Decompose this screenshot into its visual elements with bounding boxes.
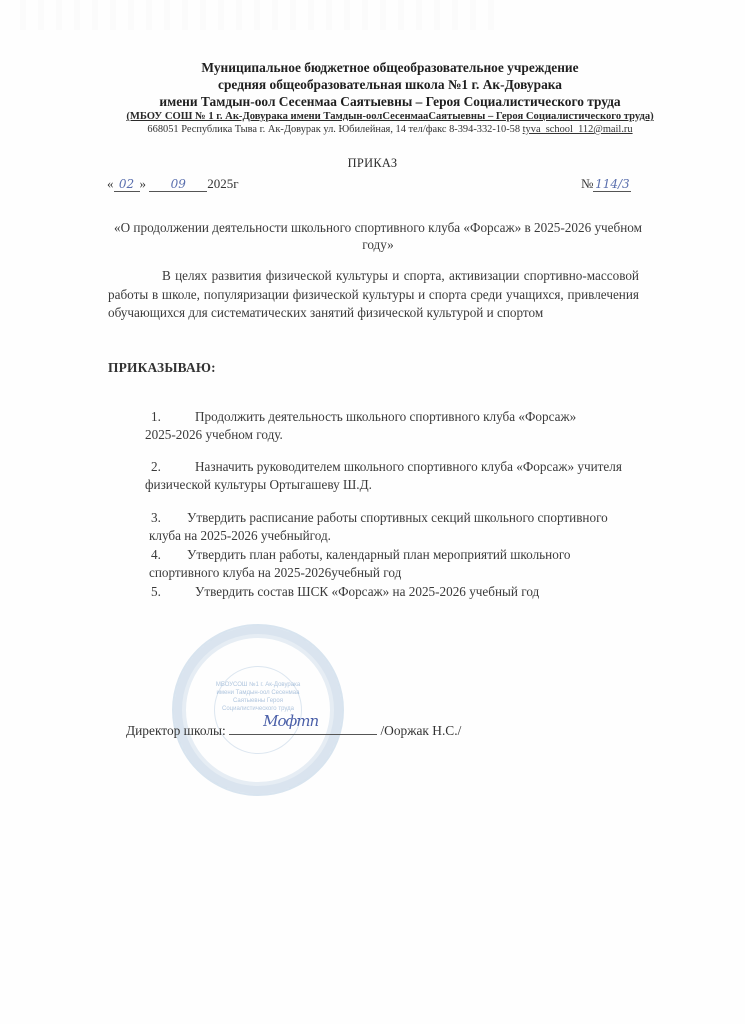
org-address: 668051 Республика Тыва г. Ак-Довурак ул.…	[100, 124, 680, 135]
official-stamp: МБОУСОШ №1 г. Ак-Довурака имени Тамдын-о…	[172, 624, 344, 796]
item-text: Утвердить расписание работы спортивных с…	[187, 510, 608, 525]
org-name-line2: средняя общеобразовательная школа №1 г. …	[100, 77, 680, 93]
date-day: 02	[114, 177, 140, 192]
order-directive-heading: ПРИКАЗЫВАЮ:	[108, 360, 216, 376]
handwritten-signature: Moфmn	[263, 712, 318, 730]
item-number: 5.	[151, 583, 195, 601]
order-item-3: 3.Утвердить расписание работы спортивных…	[151, 509, 691, 545]
signature-line: Moфmn	[229, 720, 377, 735]
item-text: Утвердить план работы, календарный план …	[187, 547, 571, 562]
signatory-name: /Ооржак Н.С./	[377, 723, 461, 738]
item-text: Утвердить состав ШСК «Форсаж» на 2025-20…	[195, 584, 539, 599]
item-text: Назначить руководителем школьного спорти…	[195, 459, 622, 474]
order-item-4: 4.Утвердить план работы, календарный пла…	[151, 546, 691, 582]
signature-block: Директор школы: Moфmn /Ооржак Н.С./	[126, 720, 461, 739]
item-number: 2.	[151, 458, 195, 476]
order-number: №114/3	[581, 176, 631, 192]
org-name-line1: Муниципальное бюджетное общеобразователь…	[100, 60, 680, 76]
order-item-1: 1.Продолжить деятельность школьного спор…	[151, 408, 691, 444]
item-number: 3.	[151, 509, 187, 527]
date-month: 09	[149, 177, 207, 192]
item-continuation: 2025-2026 учебном году.	[145, 427, 283, 442]
signatory-role: Директор школы:	[126, 723, 229, 738]
email-link[interactable]: tyva_school_112@mail.ru	[523, 124, 633, 135]
org-short-name: (МБОУ СОШ № 1 г. Ак-Довурака имени Тамды…	[100, 111, 680, 122]
order-title: ПРИКАЗ	[0, 156, 745, 171]
date-year: 2025г	[207, 176, 238, 191]
item-continuation: клуба на 2025-2026 учебныйгод.	[149, 528, 331, 543]
item-number: 1.	[151, 408, 195, 426]
item-number: 4.	[151, 546, 187, 564]
item-continuation: спортивного клуба на 2025-2026учебный го…	[149, 565, 401, 580]
order-date: «02» 092025г	[107, 176, 239, 192]
order-subject: «О продолжении деятельности школьного сп…	[100, 219, 656, 253]
date-quote-close: »	[140, 176, 147, 191]
number-value: 114/3	[593, 177, 631, 192]
order-preamble: В целях развития физической культуры и с…	[108, 267, 639, 323]
document-page: Муниципальное бюджетное общеобразователь…	[0, 0, 745, 1024]
item-continuation: физической культуры Ортыгашеву Ш.Д.	[145, 477, 372, 492]
order-item-5: 5.Утвердить состав ШСК «Форсаж» на 2025-…	[151, 583, 691, 601]
org-name-line3: имени Тамдын-оол Сесенмаа Саятыевны – Ге…	[100, 94, 680, 110]
order-item-2: 2.Назначить руководителем школьного спор…	[151, 458, 691, 494]
number-label: №	[581, 176, 593, 191]
address-text: 668051 Республика Тыва г. Ак-Довурак ул.…	[147, 124, 522, 135]
stamp-text: МБОУСОШ №1 г. Ак-Довурака имени Тамдын-о…	[214, 666, 302, 754]
item-text: Продолжить деятельность школьного спорти…	[195, 409, 576, 424]
scan-artifact	[20, 0, 500, 30]
